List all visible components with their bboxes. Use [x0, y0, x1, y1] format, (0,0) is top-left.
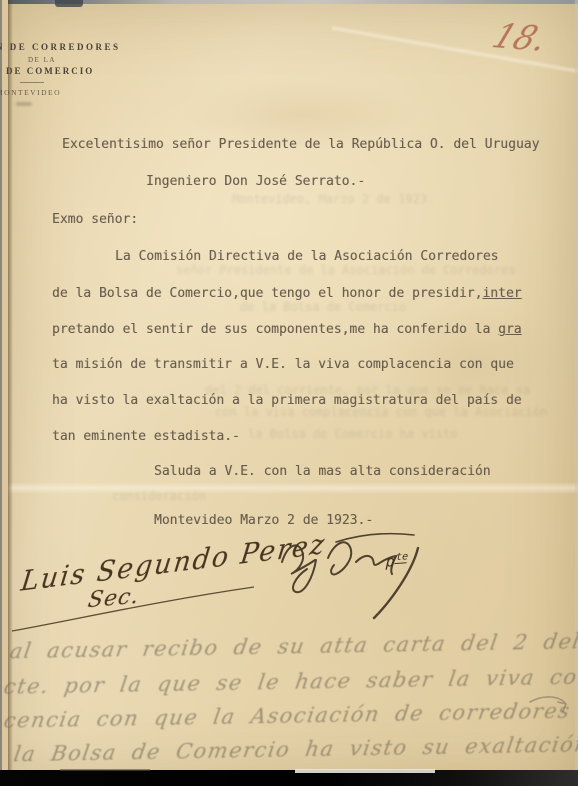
letterhead: N DE CORREDORES DE LA DE COMERCIO MONTEV… [0, 42, 121, 106]
letterhead-line-2: DE LA [28, 56, 121, 64]
letterhead-rule [20, 82, 44, 83]
letterhead-city: MONTEVIDEO [0, 88, 121, 97]
hyphenation-underline: gra [498, 322, 521, 337]
scan-edge-left [8, 0, 13, 786]
body-line-4: ta misión de transmitir a V.E. la viva c… [52, 357, 514, 372]
pencil-note-line-2: cte. por la que se le hace saber la viva… [2, 663, 578, 698]
body-text: de la Bolsa de Comercio,que tengo el hon… [52, 286, 482, 301]
body-line-2: de la Bolsa de Comercio,que tengo el hon… [52, 286, 522, 301]
president-title-abbrev: pte [384, 551, 409, 570]
salutation-line: Exmo señor: [52, 212, 138, 227]
addressee-line-1: Excelentisimo señor Presidente de la Rep… [62, 137, 539, 152]
hyphenation-underline: inter [482, 286, 521, 301]
body-text: pretando el sentir de sus componentes,me… [52, 322, 498, 337]
body-text: ha visto la exaltación a la primera magi… [52, 393, 522, 408]
folio-number: 18. [487, 16, 554, 59]
signature-flourish [8, 583, 263, 635]
scan-edge-top [0, 0, 578, 4]
paper-crease [0, 482, 578, 494]
body-line-3: pretando el sentir de sus componentes,me… [52, 322, 522, 337]
letterhead-line-3: DE COMERCIO [6, 66, 121, 76]
president-signature-scribble [276, 526, 441, 626]
letterhead-smudge [16, 102, 32, 106]
ghost-text-line: señor Presidente de la Asociación de Cor… [176, 263, 516, 277]
pencil-flourish [528, 692, 570, 718]
ghost-text-line: Montevideo, Marzo 2 de 1923. [232, 192, 434, 206]
scan-edge-gap [295, 769, 435, 773]
scan-edge-notch [55, 0, 83, 7]
scanned-letter-page: N DE CORREDORES DE LA DE COMERCIO MONTEV… [0, 0, 578, 786]
addressee-line-2: Ingeniero Don José Serrato.- [146, 174, 365, 189]
pencil-note-line-3: cencia con que la Asociación de corredor… [2, 698, 578, 733]
letterhead-line-1: N DE CORREDORES [0, 42, 121, 52]
pencil-note-line-4: la Bolsa de Comercio ha visto su exaltac… [12, 732, 578, 766]
ghost-text-line: de la Bolsa de Comercio [240, 300, 406, 314]
body-text: ta misión de transmitir a V.E. la viva c… [52, 357, 514, 372]
body-text: tan eminente estadista.- [52, 429, 240, 444]
body-line-1: La Comisión Directiva de la Asociación C… [115, 249, 499, 264]
scan-edge-gap [60, 769, 150, 771]
ghost-text-line: consideración [112, 489, 206, 503]
body-text: La Comisión Directiva de la Asociación C… [115, 249, 499, 264]
ghost-text-line: la Bolsa de Comercio ha visto [248, 427, 458, 441]
body-line-5: ha visto la exaltación a la primera magi… [52, 393, 522, 408]
closing-line: Saluda a V.E. con la mas alta considerac… [154, 464, 491, 479]
body-line-6: tan eminente estadista.- [52, 429, 240, 444]
scan-edge-bottom [0, 770, 578, 786]
